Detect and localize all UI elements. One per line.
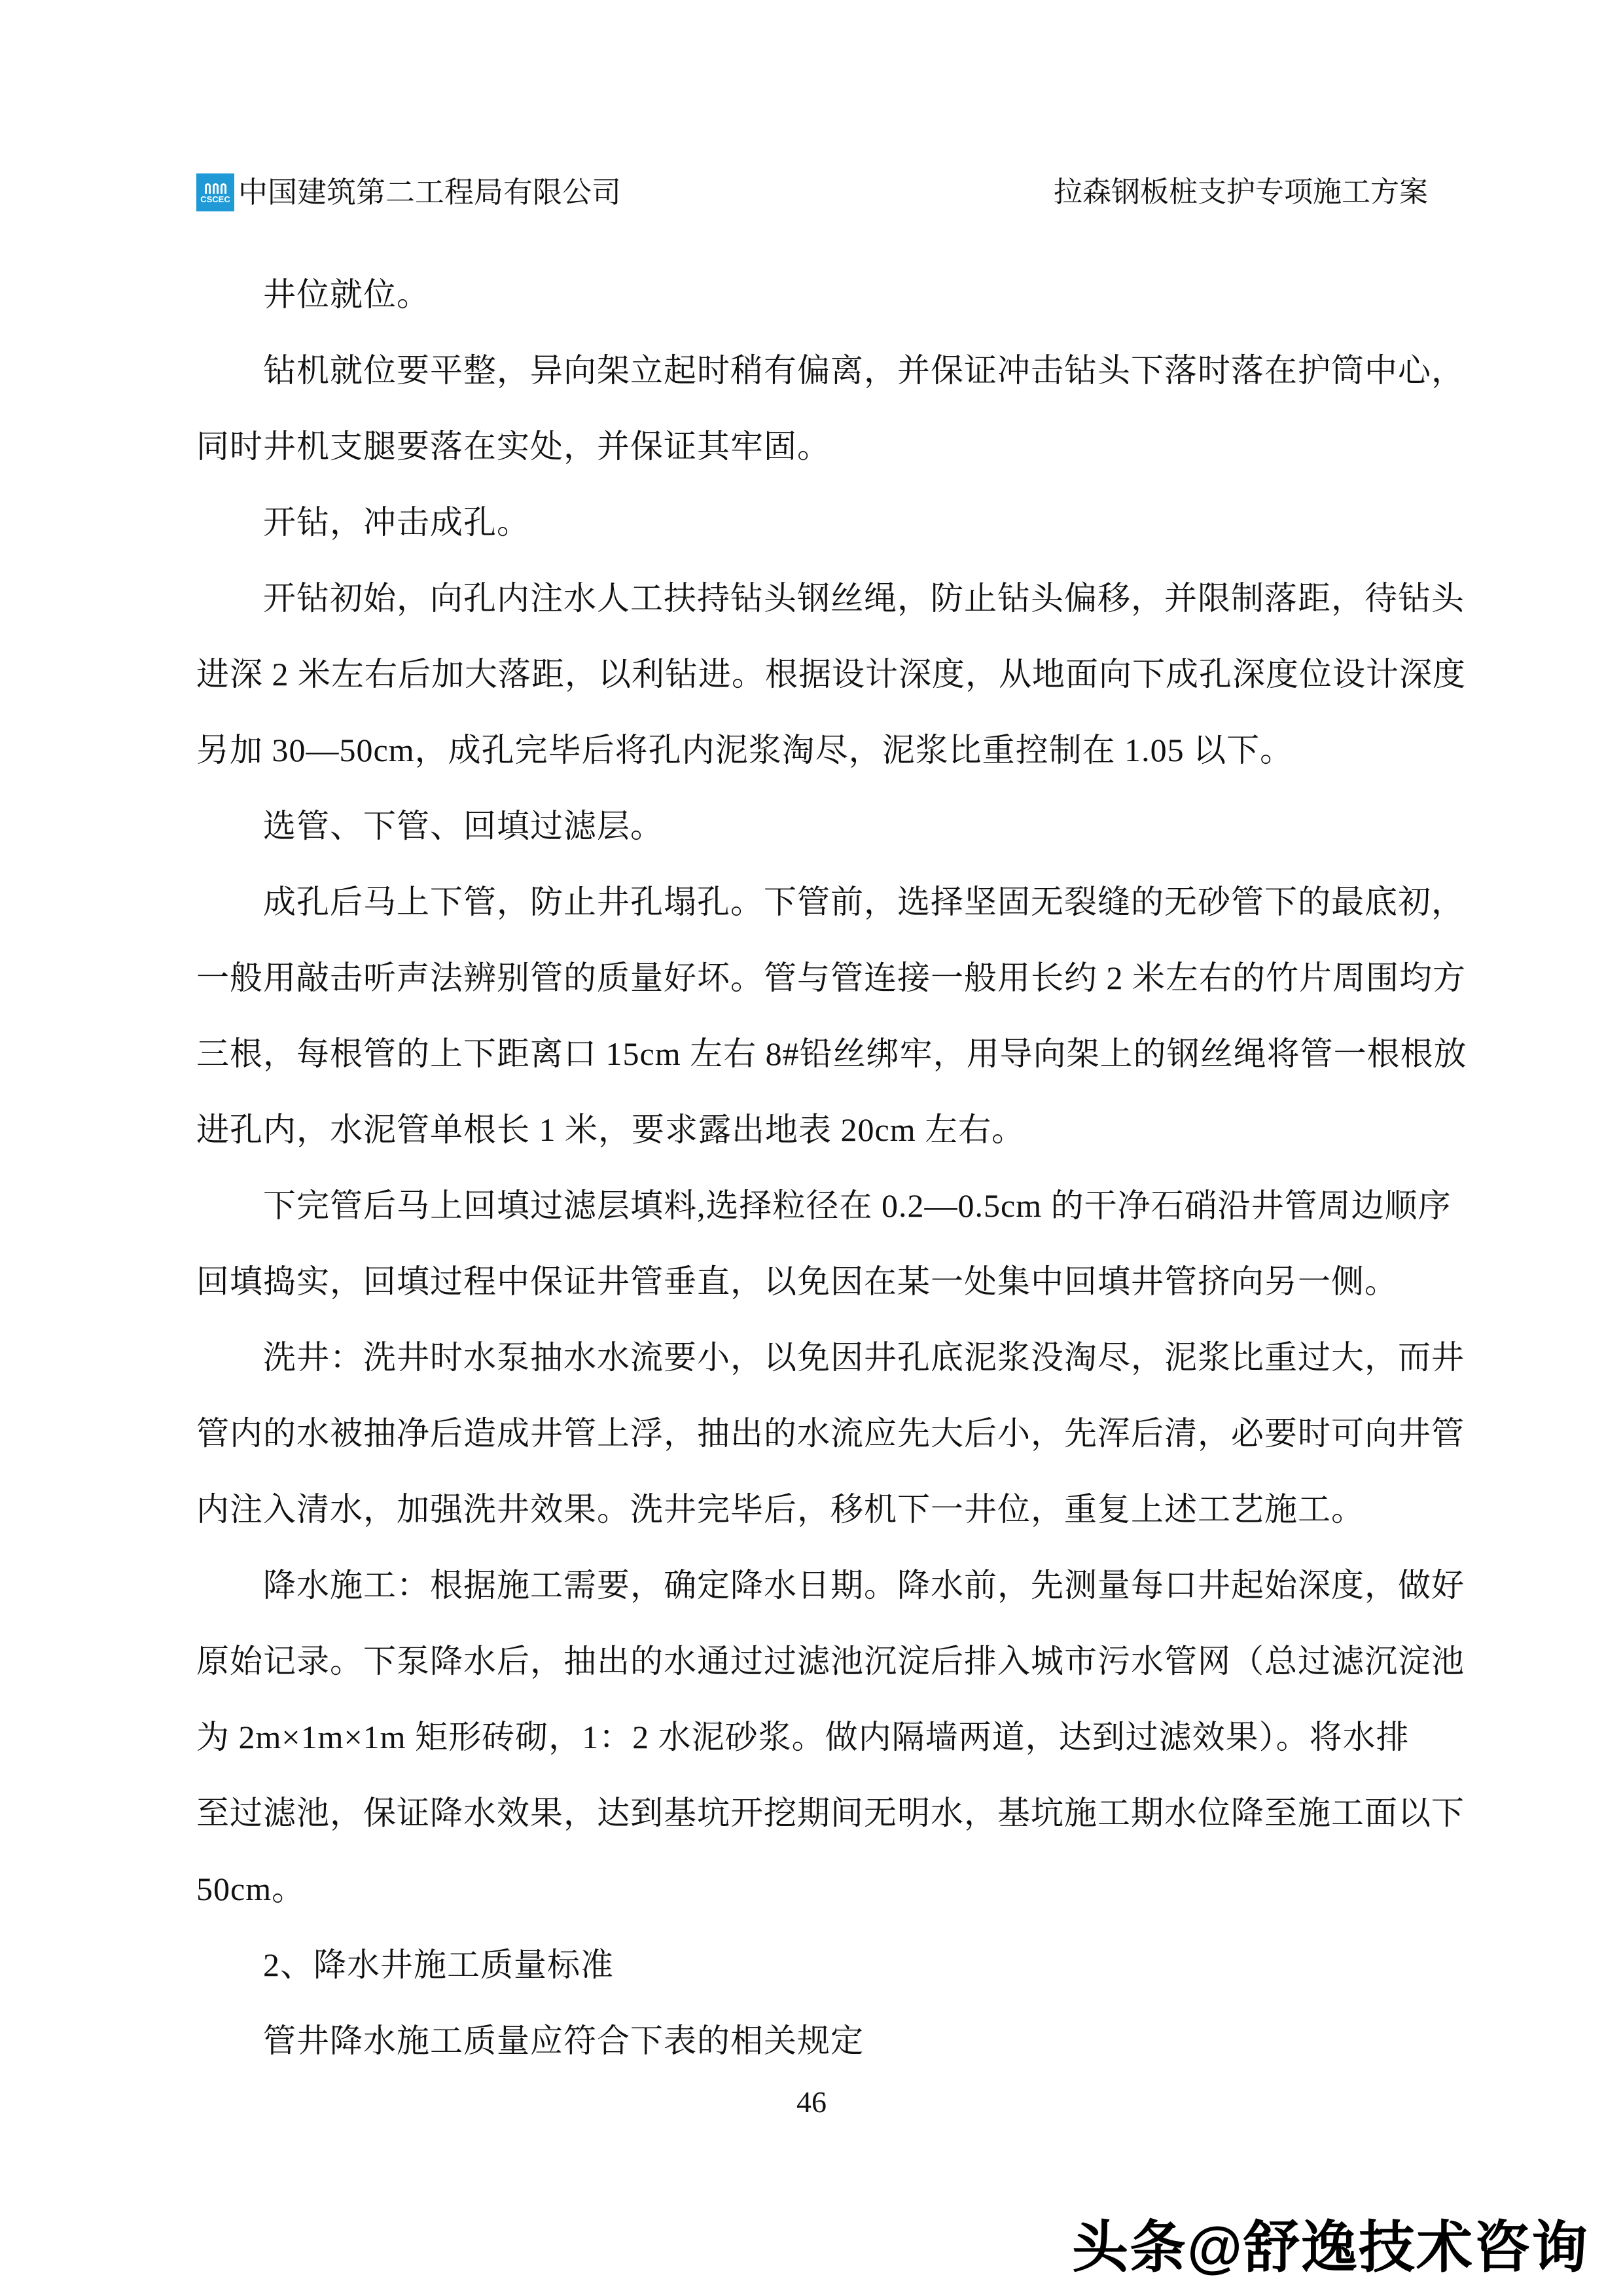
text-line: 井位就位。 xyxy=(196,257,1427,332)
text-line: 选管、下管、回填过滤层。 xyxy=(196,788,1427,864)
header-document-title: 拉森钢板桩支护专项施工方案 xyxy=(1054,173,1428,211)
text-line: 下完管后马上回填过滤层填料,选择粒径在 0.2—0.5cm 的干净石硝沿井管周边… xyxy=(196,1168,1427,1244)
text-line: 原始记录。下泵降水后，抽出的水通过过滤池沉淀后排入城市污水管网（总过滤沉淀池 xyxy=(196,1623,1427,1699)
text-line: 管井降水施工质量应符合下表的相关规定 xyxy=(196,2003,1427,2079)
text-line: 同时井机支腿要落在实处，并保证其牢固。 xyxy=(196,408,1427,484)
text-line: 成孔后马上下管，防止井孔塌孔。下管前，选择坚固无裂缝的无砂管下的最底初， xyxy=(196,864,1427,940)
text-line: 洗井：洗井时水泵抽水水流要小，以免因井孔底泥浆没淘尽，泥浆比重过大，而井 xyxy=(196,1319,1427,1395)
text-line: 50cm。 xyxy=(196,1851,1427,1927)
text-line: 回填捣实，回填过程中保证井管垂直，以免因在某一处集中回填井管挤向另一侧。 xyxy=(196,1244,1427,1319)
text-line: 钻机就位要平整，异向架立起时稍有偏离，并保证冲击钻头下落时落在护筒中心， xyxy=(196,332,1427,408)
text-line: 开钻，冲击成孔。 xyxy=(196,484,1427,560)
cscec-logo-icon: CSCEC xyxy=(196,173,234,211)
header-company-name: 中国建筑第二工程局有限公司 xyxy=(238,173,621,211)
text-line: 降水施工：根据施工需要，确定降水日期。降水前，先测量每口井起始深度，做好 xyxy=(196,1547,1427,1623)
text-line: 进深 2 米左右后加大落距，以利钻进。根据设计深度，从地面向下成孔深度位设计深度 xyxy=(196,636,1427,712)
text-line: 一般用敲击听声法辨别管的质量好坏。管与管连接一般用长约 2 米左右的竹片周围均方 xyxy=(196,940,1427,1016)
logo-arches-glyph xyxy=(205,182,226,194)
logo-text: CSCEC xyxy=(200,195,230,204)
text-line: 管内的水被抽净后造成井管上浮，抽出的水流应先大后小，先浑后清，必要时可向井管 xyxy=(196,1395,1427,1471)
text-line: 进孔内，水泥管单根长 1 米，要求露出地表 20cm 左右。 xyxy=(196,1092,1427,1168)
page-header: CSCEC 中国建筑第二工程局有限公司 拉森钢板桩支护专项施工方案 xyxy=(196,171,1428,213)
text-line: 2、降水井施工质量标准 xyxy=(196,1927,1427,2003)
page-number: 46 xyxy=(0,2083,1623,2122)
document-body: 井位就位。钻机就位要平整，异向架立起时稍有偏离，并保证冲击钻头下落时落在护筒中心… xyxy=(196,257,1427,2079)
text-line: 三根，每根管的上下距离口 15cm 左右 8#铅丝绑牢，用导向架上的钢丝绳将管一… xyxy=(196,1016,1427,1092)
text-line: 内注入清水，加强洗井效果。洗井完毕后，移机下一井位，重复上述工艺施工。 xyxy=(196,1471,1427,1547)
text-line: 至过滤池，保证降水效果，达到基坑开挖期间无明水，基坑施工期水位降至施工面以下 xyxy=(196,1775,1427,1851)
watermark-text: 头条@舒逸技术咨询 xyxy=(1072,2214,1589,2282)
text-line: 开钻初始，向孔内注水人工扶持钻头钢丝绳，防止钻头偏移，并限制落距，待钻头 xyxy=(196,560,1427,636)
document-page: CSCEC 中国建筑第二工程局有限公司 拉森钢板桩支护专项施工方案 井位就位。钻… xyxy=(0,0,1623,2296)
text-line: 为 2m×1m×1m 矩形砖砌，1：2 水泥砂浆。做内隔墙两道，达到过滤效果）。… xyxy=(196,1699,1427,1775)
text-line: 另加 30—50cm，成孔完毕后将孔内泥浆淘尽，泥浆比重控制在 1.05 以下。 xyxy=(196,712,1427,788)
